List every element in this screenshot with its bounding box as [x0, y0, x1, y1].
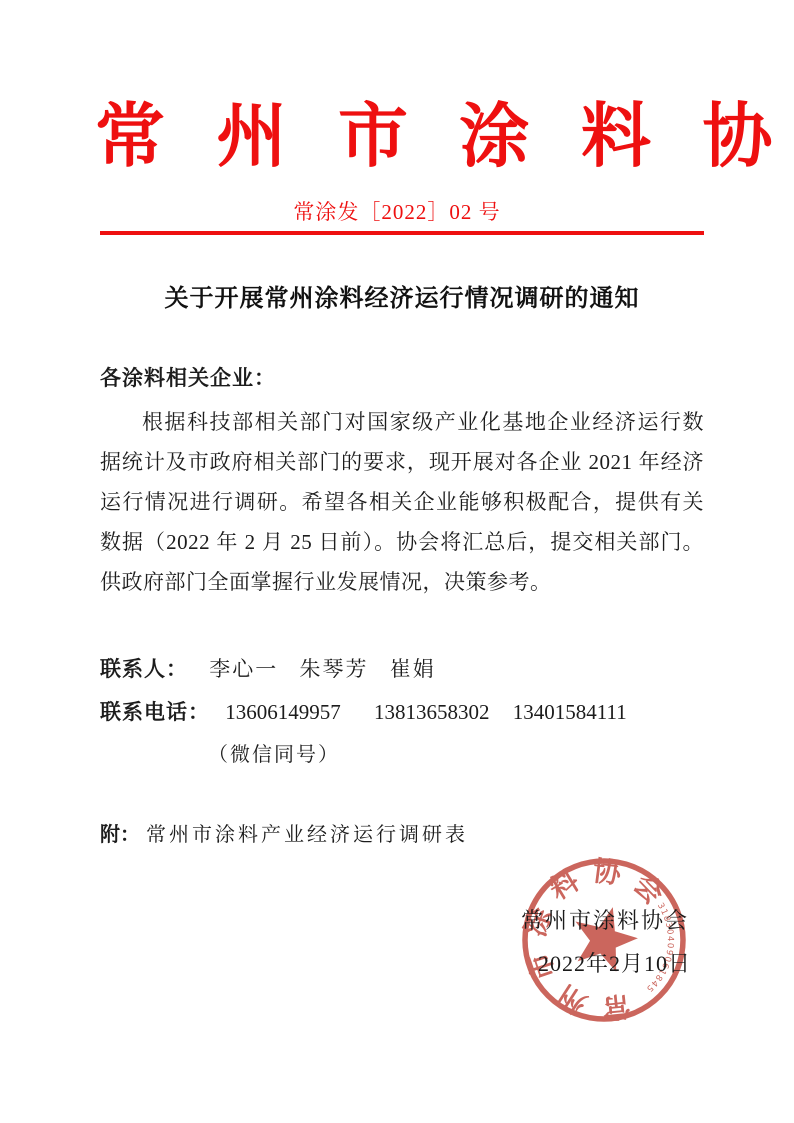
document-page: 常 州 市 涂 料 协 会 常涂发［2022］02 号 关于开展常州涂料经济运行… — [0, 0, 794, 1123]
attachment-text: 常州市涂料产业经济运行调研表 — [146, 824, 468, 846]
signature-date: 2022年2月10日 — [538, 947, 691, 978]
salutation: 各涂料相关企业： — [100, 362, 276, 392]
letterhead-org-title: 常 州 市 涂 料 协 会 — [95, 96, 699, 180]
body-line: 数据（2022 年 2 月 25 日前）。协会将汇总后，提交相关部门。 — [100, 522, 704, 562]
contact-person-label: 联系人： — [100, 657, 188, 681]
body-line: 根据科技部相关部门对国家级产业化基地企业经济运行数 — [100, 402, 704, 442]
contact-person: 朱琴芳 — [300, 657, 369, 681]
contact-phone: 13813658302 — [374, 700, 490, 724]
contact-person: 李心一 — [209, 657, 278, 681]
attachment-row: 附：常州市涂料产业经济运行调研表 — [100, 818, 468, 847]
official-seal-stamp: 常州市涂料协会 31830409061845 — [504, 840, 704, 1040]
wechat-note: （微信同号） — [208, 738, 340, 767]
body-line: 供政府部门全面掌握行业发展情况，决策参考。 — [100, 562, 704, 602]
signature-org: 常州市涂料协会 — [521, 904, 689, 935]
contact-persons-row: 联系人： 李心一 朱琴芳 崔娟 — [100, 653, 436, 683]
notice-title: 关于开展常州涂料经济运行情况调研的通知 — [95, 278, 709, 313]
contact-phone: 13606149957 — [225, 700, 341, 724]
contact-phone: 13401584111 — [513, 700, 627, 724]
document-number: 常涂发［2022］02 号 — [95, 196, 699, 226]
attachment-label: 附： — [100, 824, 140, 846]
notice-body: 根据科技部相关部门对国家级产业化基地企业经济运行数 据统计及市政府相关部门的要求… — [100, 402, 704, 602]
contact-phones-row: 联系电话： 13606149957 13813658302 1340158411… — [100, 696, 627, 726]
contact-person: 崔娟 — [390, 657, 436, 681]
body-line: 据统计及市政府相关部门的要求，现开展对各企业 2021 年经济 — [100, 442, 704, 482]
red-divider-line — [100, 231, 704, 235]
body-line: 运行情况进行调研。希望各相关企业能够积极配合，提供有关 — [100, 482, 704, 522]
contact-phone-label: 联系电话： — [100, 700, 210, 724]
